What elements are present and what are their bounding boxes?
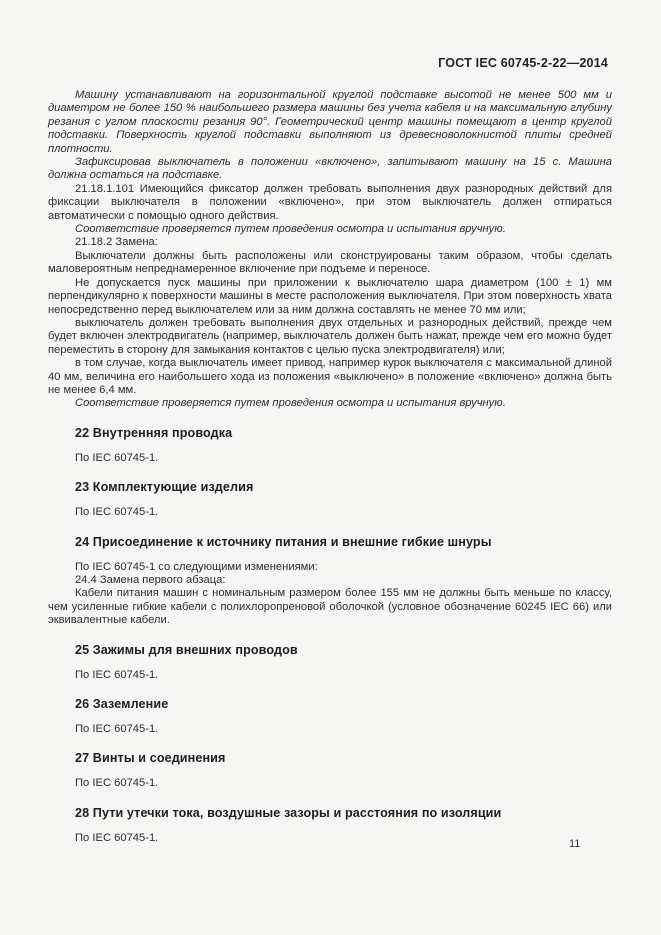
document-sections: 22 Внутренняя проводка По IEC 60745-1. 2… <box>48 426 612 845</box>
paragraph: Не допускается пуск машины при приложени… <box>48 277 612 317</box>
standard-code: ГОСТ IEC 60745-2-22—2014 <box>438 56 608 70</box>
section-heading: 23 Комплектующие изделия <box>48 480 612 494</box>
paragraph: Выключатели должны быть расположены или … <box>48 250 612 277</box>
document-body: Машину устанавливают на горизонтальной к… <box>48 89 612 411</box>
section-paragraph: По IEC 60745-1. <box>48 506 612 519</box>
section-paragraph: По IEC 60745-1. <box>48 723 612 736</box>
section-heading: 25 Зажимы для внешних проводов <box>48 643 612 657</box>
section-heading: 22 Внутренняя проводка <box>48 426 612 440</box>
section-paragraph: По IEC 60745-1. <box>48 832 612 845</box>
section-paragraph: Кабели питания машин с номинальным разме… <box>48 587 612 627</box>
paragraph: Машину устанавливают на горизонтальной к… <box>48 89 612 156</box>
section-paragraph: По IEC 60745-1. <box>48 777 612 790</box>
section-paragraph: По IEC 60745-1. <box>48 669 612 682</box>
paragraph: 21.18.1.101 Имеющийся фиксатор должен тр… <box>48 183 612 223</box>
paragraph: Зафиксировав выключатель в положении «вк… <box>48 156 612 183</box>
section-heading: 27 Винты и соединения <box>48 751 612 765</box>
compliance-note: Соответствие проверяется путем проведени… <box>48 223 612 236</box>
section-heading: 28 Пути утечки тока, воздушные зазоры и … <box>48 806 612 820</box>
paragraph: 21.18.2 Замена: <box>48 236 612 249</box>
document-page: ГОСТ IEC 60745-2-22—2014 Машину устанавл… <box>0 0 661 935</box>
section-heading: 24 Присоединение к источнику питания и в… <box>48 535 612 549</box>
section-paragraph: По IEC 60745-1 со следующими изменениями… <box>48 561 612 574</box>
section-paragraph: По IEC 60745-1. <box>48 452 612 465</box>
page-number: 11 <box>569 838 580 850</box>
section-paragraph: 24.4 Замена первого абзаца: <box>48 574 612 587</box>
running-header: ГОСТ IEC 60745-2-22—2014 <box>48 56 612 70</box>
paragraph: выключатель должен требовать выполнения … <box>48 317 612 357</box>
section-heading: 26 Заземление <box>48 697 612 711</box>
compliance-note: Соответствие проверяется путем проведени… <box>48 397 612 410</box>
paragraph: в том случае, когда выключатель имеет пр… <box>48 357 612 397</box>
